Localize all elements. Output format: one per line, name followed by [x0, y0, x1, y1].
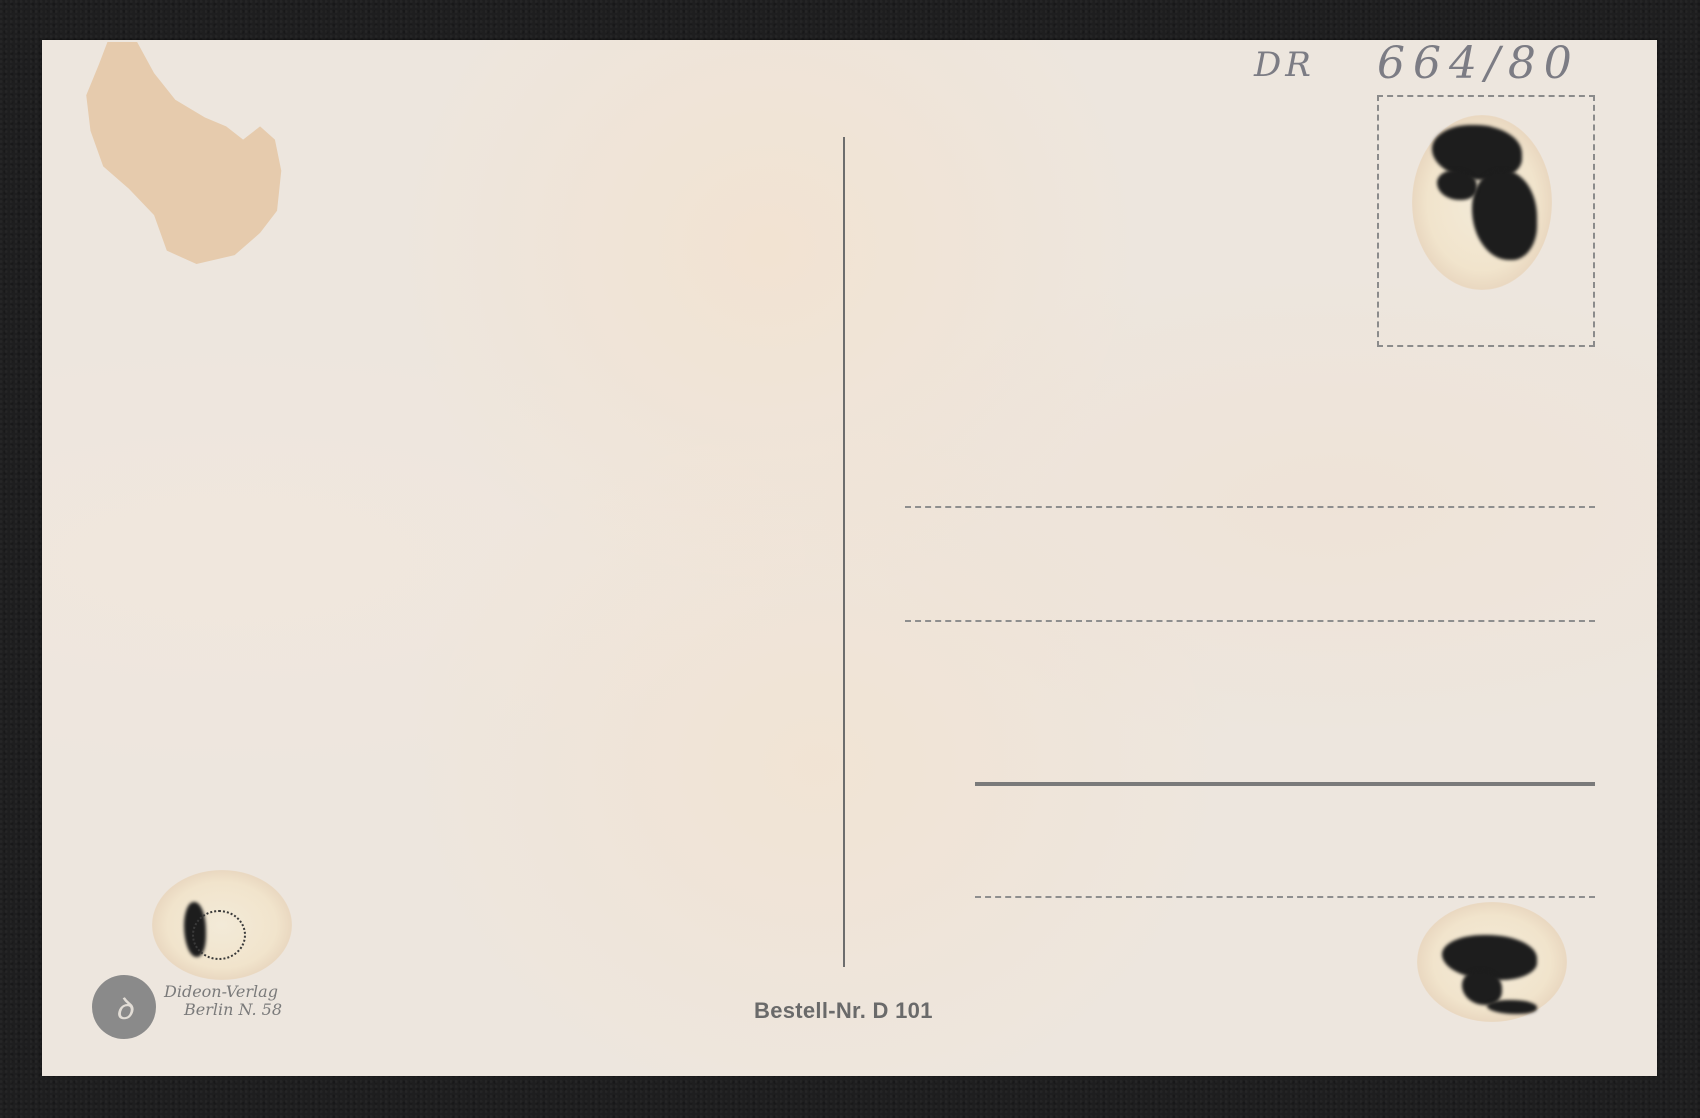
- address-line-1: [905, 506, 1595, 508]
- publisher-name: Dideon-Verlag: [164, 983, 282, 1001]
- torn-paper-area: [82, 42, 294, 264]
- handwritten-inventory-number: 664/80: [1377, 38, 1580, 89]
- publisher-city: Berlin N. 58: [164, 1001, 282, 1019]
- ink-ring: [192, 910, 246, 960]
- address-line-4: [975, 896, 1595, 898]
- message-address-divider: [843, 137, 845, 967]
- publisher-imprint: Dideon-Verlag Berlin N. 58: [164, 983, 282, 1019]
- publisher-logo-icon: ꝺ: [92, 975, 156, 1039]
- address-line-3-solid: [975, 782, 1595, 786]
- address-line-2: [905, 620, 1595, 622]
- postcard-back: DR 664/80 ꝺ Dideon-Verlag Berlin N. 58 B…: [42, 40, 1657, 1076]
- handwritten-initials: DR: [1254, 45, 1315, 85]
- order-number: Bestell-Nr. D 101: [754, 998, 933, 1024]
